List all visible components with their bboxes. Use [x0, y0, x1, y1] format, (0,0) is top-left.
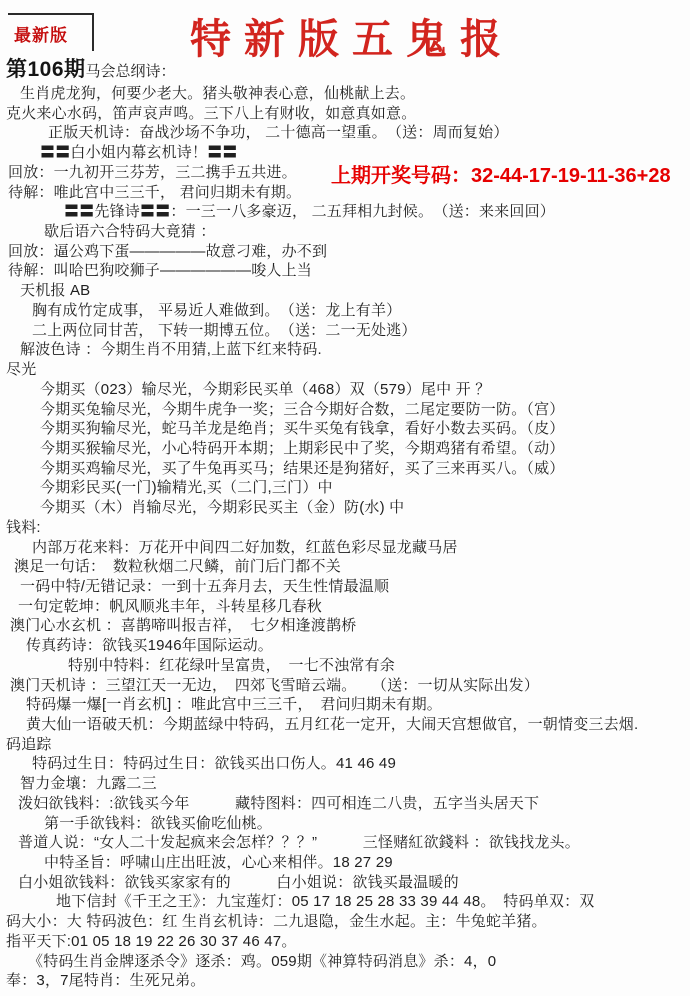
- text-line: 智力金壤：九露二三: [6, 774, 688, 794]
- text-line: 《特码生肖金牌逐杀令》逐杀：鸡。059期《神算特码消息》杀：4，0: [6, 952, 688, 972]
- text-line: 今期买猴输尽光，小心特码开本期；上期彩民中了奖，今期鸡猪有希望。（动）: [6, 439, 688, 459]
- text-line: 奉：3，7尾特肖：生死兄弟。: [6, 971, 688, 991]
- content-lines: 生肖虎龙狗，何要少老大。猪头敬神表心意，仙桃献上去。克火来心水码，笛声哀声鸣。三…: [6, 84, 688, 991]
- text-line: 内部万花来料：万花开中间四二好加数，红蓝色彩尽显龙藏马居: [6, 538, 688, 558]
- text-line: 今期彩民买(一门)输精光,买（二门,三门）中: [6, 478, 688, 498]
- badge-label: 最新版: [14, 21, 68, 46]
- text-line: 白小姐欲钱料：欲钱买家家有的 白小姐说：欲钱买最温暖的: [6, 873, 688, 893]
- text-line: 胸有成竹定成事， 平易近人难做到。 （送：龙上有羊）: [6, 301, 688, 321]
- text-line: 钱料:: [6, 518, 688, 538]
- text-line: 回放：逼公鸡下蛋—————故意刁难，办不到: [6, 242, 688, 262]
- text-line: 码追踪: [6, 735, 688, 755]
- text-line: 〓〓先锋诗〓〓：一三一八多豪迈， 二五拜相九封候。 （送：来来回回）: [6, 202, 688, 222]
- text-line: 地下信封《千王之王》：九宝莲灯：05 17 18 25 28 33 39 44 …: [6, 892, 688, 912]
- text-line: 今期买鸡输尽光，买了牛兔再买马；结果还是狗猪好，买了三来再买八。（威）: [6, 459, 688, 479]
- text-line: 生肖虎龙狗，何要少老大。猪头敬神表心意，仙桃献上去。: [6, 84, 688, 104]
- text-line: 码大小：大 特码波色：红 生肖玄机诗：二九退隐，金生水起。主：牛兔蛇羊猪。: [6, 912, 688, 932]
- text-line: 泼妇欲钱料：:欲钱买今年 藏特图料：四可相连二八贵，五字当头居天下: [6, 794, 688, 814]
- text-line: 天机报 AB: [6, 281, 688, 301]
- text-line: 二上两位同甘苦， 下转一期博五位。 （送：二一无处逃）: [6, 321, 688, 341]
- text-line: 歇后语六合特码大竟猜 ：: [6, 222, 688, 242]
- text-line: 指平天下:01 05 18 19 22 26 30 37 46 47。: [6, 932, 688, 952]
- issue-row: 第106期马会总纲诗：: [6, 57, 688, 83]
- text-line: 澳门心水玄机 ：喜鹊啼叫报吉祥， 七夕相逢渡鹊桥: [6, 616, 688, 636]
- text-line: 特码过生日：特码过生日：欲钱买出口伤人。41 46 49: [6, 754, 688, 774]
- text-line: 传真药诗：欲钱买1946年国际运动。: [6, 636, 688, 656]
- text-line: 解波色诗 ：今期生肖不用猜,上蓝下红来特码.: [6, 340, 688, 360]
- issue-number: 第106期: [6, 53, 86, 83]
- text-line: 今期买兔输尽光，今期牛虎争一奖；三合今期好合数，二尾定要防一防。（宫）: [6, 400, 688, 420]
- latest-edition-badge: 最新版: [8, 13, 94, 51]
- last-draw-numbers: 上期开奖号码：32-44-17-19-11-36+28: [331, 159, 671, 188]
- text-line: 黄大仙一语破天机：今期蓝绿中特码，五月红花一定开，大闹天宫想做官，一朝情变三去烟…: [6, 715, 688, 735]
- text-line: 今期买狗输尽光，蛇马羊龙是绝肖；买牛买兔有钱拿，看好小数去买码。（皮）: [6, 419, 688, 439]
- text-line: 克火来心水码，笛声哀声鸣。三下八上有财收，如意真如意。: [6, 104, 688, 124]
- text-line: 正版天机诗：奋战沙场不争功， 二十德高一望重。 （送：周而复始）: [6, 123, 688, 143]
- text-line: 一句定乾坤：帆风顺兆丰年，斗转星移几春秋: [6, 597, 688, 617]
- text-line: 澳足一句话： 数粒秋烟二尺鳞，前门后门都不关: [6, 557, 688, 577]
- text-line: 今期买（木）肖输尽光，今期彩民买主（金）防(水) 中: [6, 498, 688, 518]
- text-line: 普道人说：“女人二十发起疯来会怎样？？？” 三怪赌紅欲錢料 ：欲钱找龙头。: [6, 833, 688, 853]
- issue-suffix-label: 马会总纲诗：: [86, 60, 176, 83]
- text-line: 今期买（023）输尽光，今期彩民买单（468）双（579）尾中 开 ？: [6, 380, 688, 400]
- text-line: 澳门天机诗 ：三望江天一无边， 四郊飞雪暗云端。 （送：一切从实际出发）: [6, 676, 688, 696]
- text-line: 特别中特料：红花绿叶呈富贵， 一七不浊常有余: [6, 656, 688, 676]
- text-line: 一码中特/无错记录：一到十五奔月去，天生性情最温顺: [6, 577, 688, 597]
- text-line: 中特圣旨：呼啸山庄出旺波，心心来相伴。18 27 29: [6, 853, 688, 873]
- content-area: 第106期马会总纲诗： 生肖虎龙狗，何要少老大。猪头敬神表心意，仙桃献上去。克火…: [6, 57, 688, 991]
- text-line: 待解：叫哈巴狗咬狮子——————唆人上当: [6, 261, 688, 281]
- text-line: 尽光: [6, 360, 688, 380]
- text-line: 第一手欲钱料：欲钱买偷吃仙桃。: [6, 814, 688, 834]
- text-line: 特码爆一爆[一肖玄机] ：唯此宫中三三千， 君问归期未有期。: [6, 695, 688, 715]
- newspaper-page: 最新版 特新版五鬼报 第106期马会总纲诗： 生肖虎龙狗，何要少老大。猪头敬神表…: [0, 0, 690, 996]
